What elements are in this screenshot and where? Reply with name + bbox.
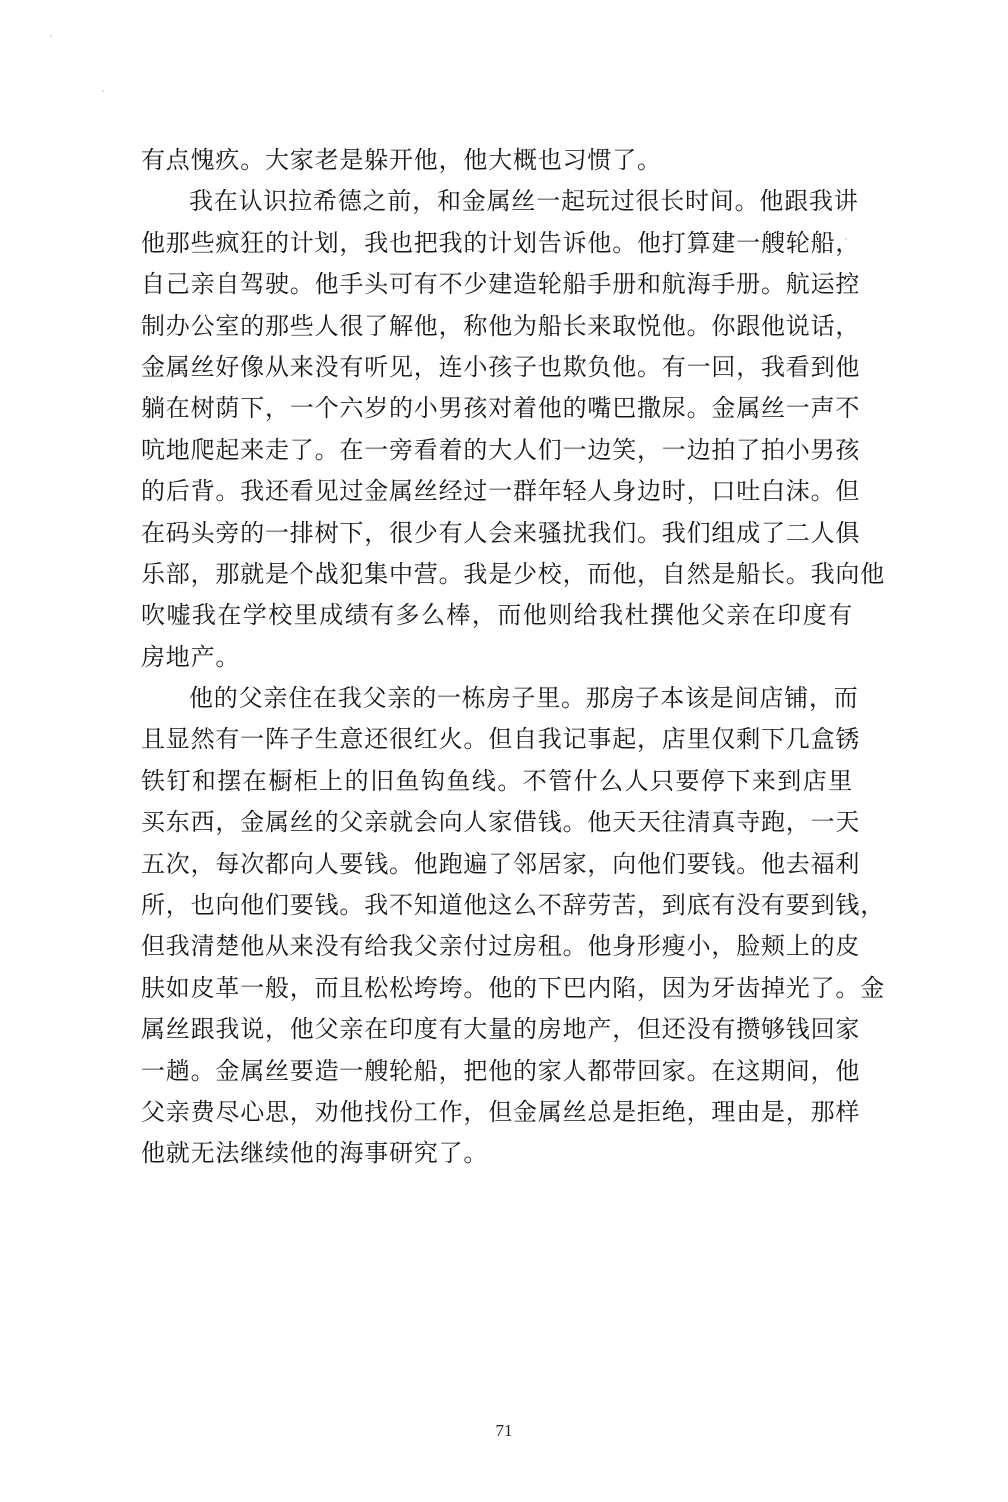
text-line: 铁钉和摆在橱柜上的旧鱼钩鱼线。不管什么人只要停下来到店里: [141, 761, 853, 802]
text-line: 属丝跟我说，他父亲在印度有大量的房地产，但还没有攒够钱回家: [141, 1009, 853, 1050]
text-line: 金属丝好像从来没有听见，连小孩子也欺负他。有一回，我看到他: [141, 347, 853, 388]
text-line: 一趟。金属丝要造一艘轮船，把他的家人都带回家。在这期间，他: [141, 1051, 853, 1092]
text-line: 五次，每次都向人要钱。他跑遍了邻居家，向他们要钱。他去福利: [141, 844, 853, 885]
text-line: 吹嘘我在学校里成绩有多么棒，而他则给我杜撰他父亲在印度有: [141, 595, 853, 636]
text-line: 但我清楚他从来没有给我父亲付过房租。他身形瘦小，脸颊上的皮: [141, 926, 853, 967]
paragraph-first-line: 他的父亲住在我父亲的一栋房子里。那房子本该是间店铺，而: [141, 678, 853, 719]
scan-speck: [50, 35, 52, 37]
text-line: 且显然有一阵子生意还很红火。但自我记事起，店里仅剩下几盒锈: [141, 719, 853, 760]
text-line: 乐部，那就是个战犯集中营。我是少校，而他，自然是船长。我向他: [141, 554, 853, 595]
text-line: 他那些疯狂的计划，我也把我的计划告诉他。他打算建一艘轮船，: [141, 223, 853, 264]
page-number: 71: [0, 1421, 1008, 1441]
scan-speck: [102, 90, 104, 92]
body-text: 有点愧疚。大家老是躲开他，他大概也习惯了。我在认识拉希德之前，和金属丝一起玩过很…: [141, 140, 853, 1175]
text-line: 自己亲自驾驶。他手头可有不少建造轮船手册和航海手册。航运控: [141, 264, 853, 305]
text-line: 房地产。: [141, 637, 853, 678]
text-line: 躺在树荫下，一个六岁的小男孩对着他的嘴巴撒尿。金属丝一声不: [141, 388, 853, 429]
text-line: 买东西，金属丝的父亲就会向人家借钱。他天天往清真寺跑，一天: [141, 802, 853, 843]
paragraph-first-line: 我在认识拉希德之前，和金属丝一起玩过很长时间。他跟我讲: [141, 181, 853, 222]
text-line: 有点愧疚。大家老是躲开他，他大概也习惯了。: [141, 140, 853, 181]
book-page: 有点愧疚。大家老是躲开他，他大概也习惯了。我在认识拉希德之前，和金属丝一起玩过很…: [0, 0, 1008, 1502]
text-line: 父亲费尽心思，劝他找份工作，但金属丝总是拒绝，理由是，那样: [141, 1092, 853, 1133]
text-line: 的后背。我还看见过金属丝经过一群年轻人身边时，口吐白沫。但: [141, 471, 853, 512]
text-line: 制办公室的那些人很了解他，称他为船长来取悦他。你跟他说话，: [141, 306, 853, 347]
text-line: 肤如皮革一般，而且松松垮垮。他的下巴内陷，因为牙齿掉光了。金: [141, 968, 853, 1009]
text-line: 所，也向他们要钱。我不知道他这么不辞劳苦，到底有没有要到钱，: [141, 885, 853, 926]
text-line: 吭地爬起来走了。在一旁看着的大人们一边笑，一边拍了拍小男孩: [141, 430, 853, 471]
text-line: 他就无法继续他的海事研究了。: [141, 1133, 853, 1174]
text-line: 在码头旁的一排树下，很少有人会来骚扰我们。我们组成了二人俱: [141, 513, 853, 554]
